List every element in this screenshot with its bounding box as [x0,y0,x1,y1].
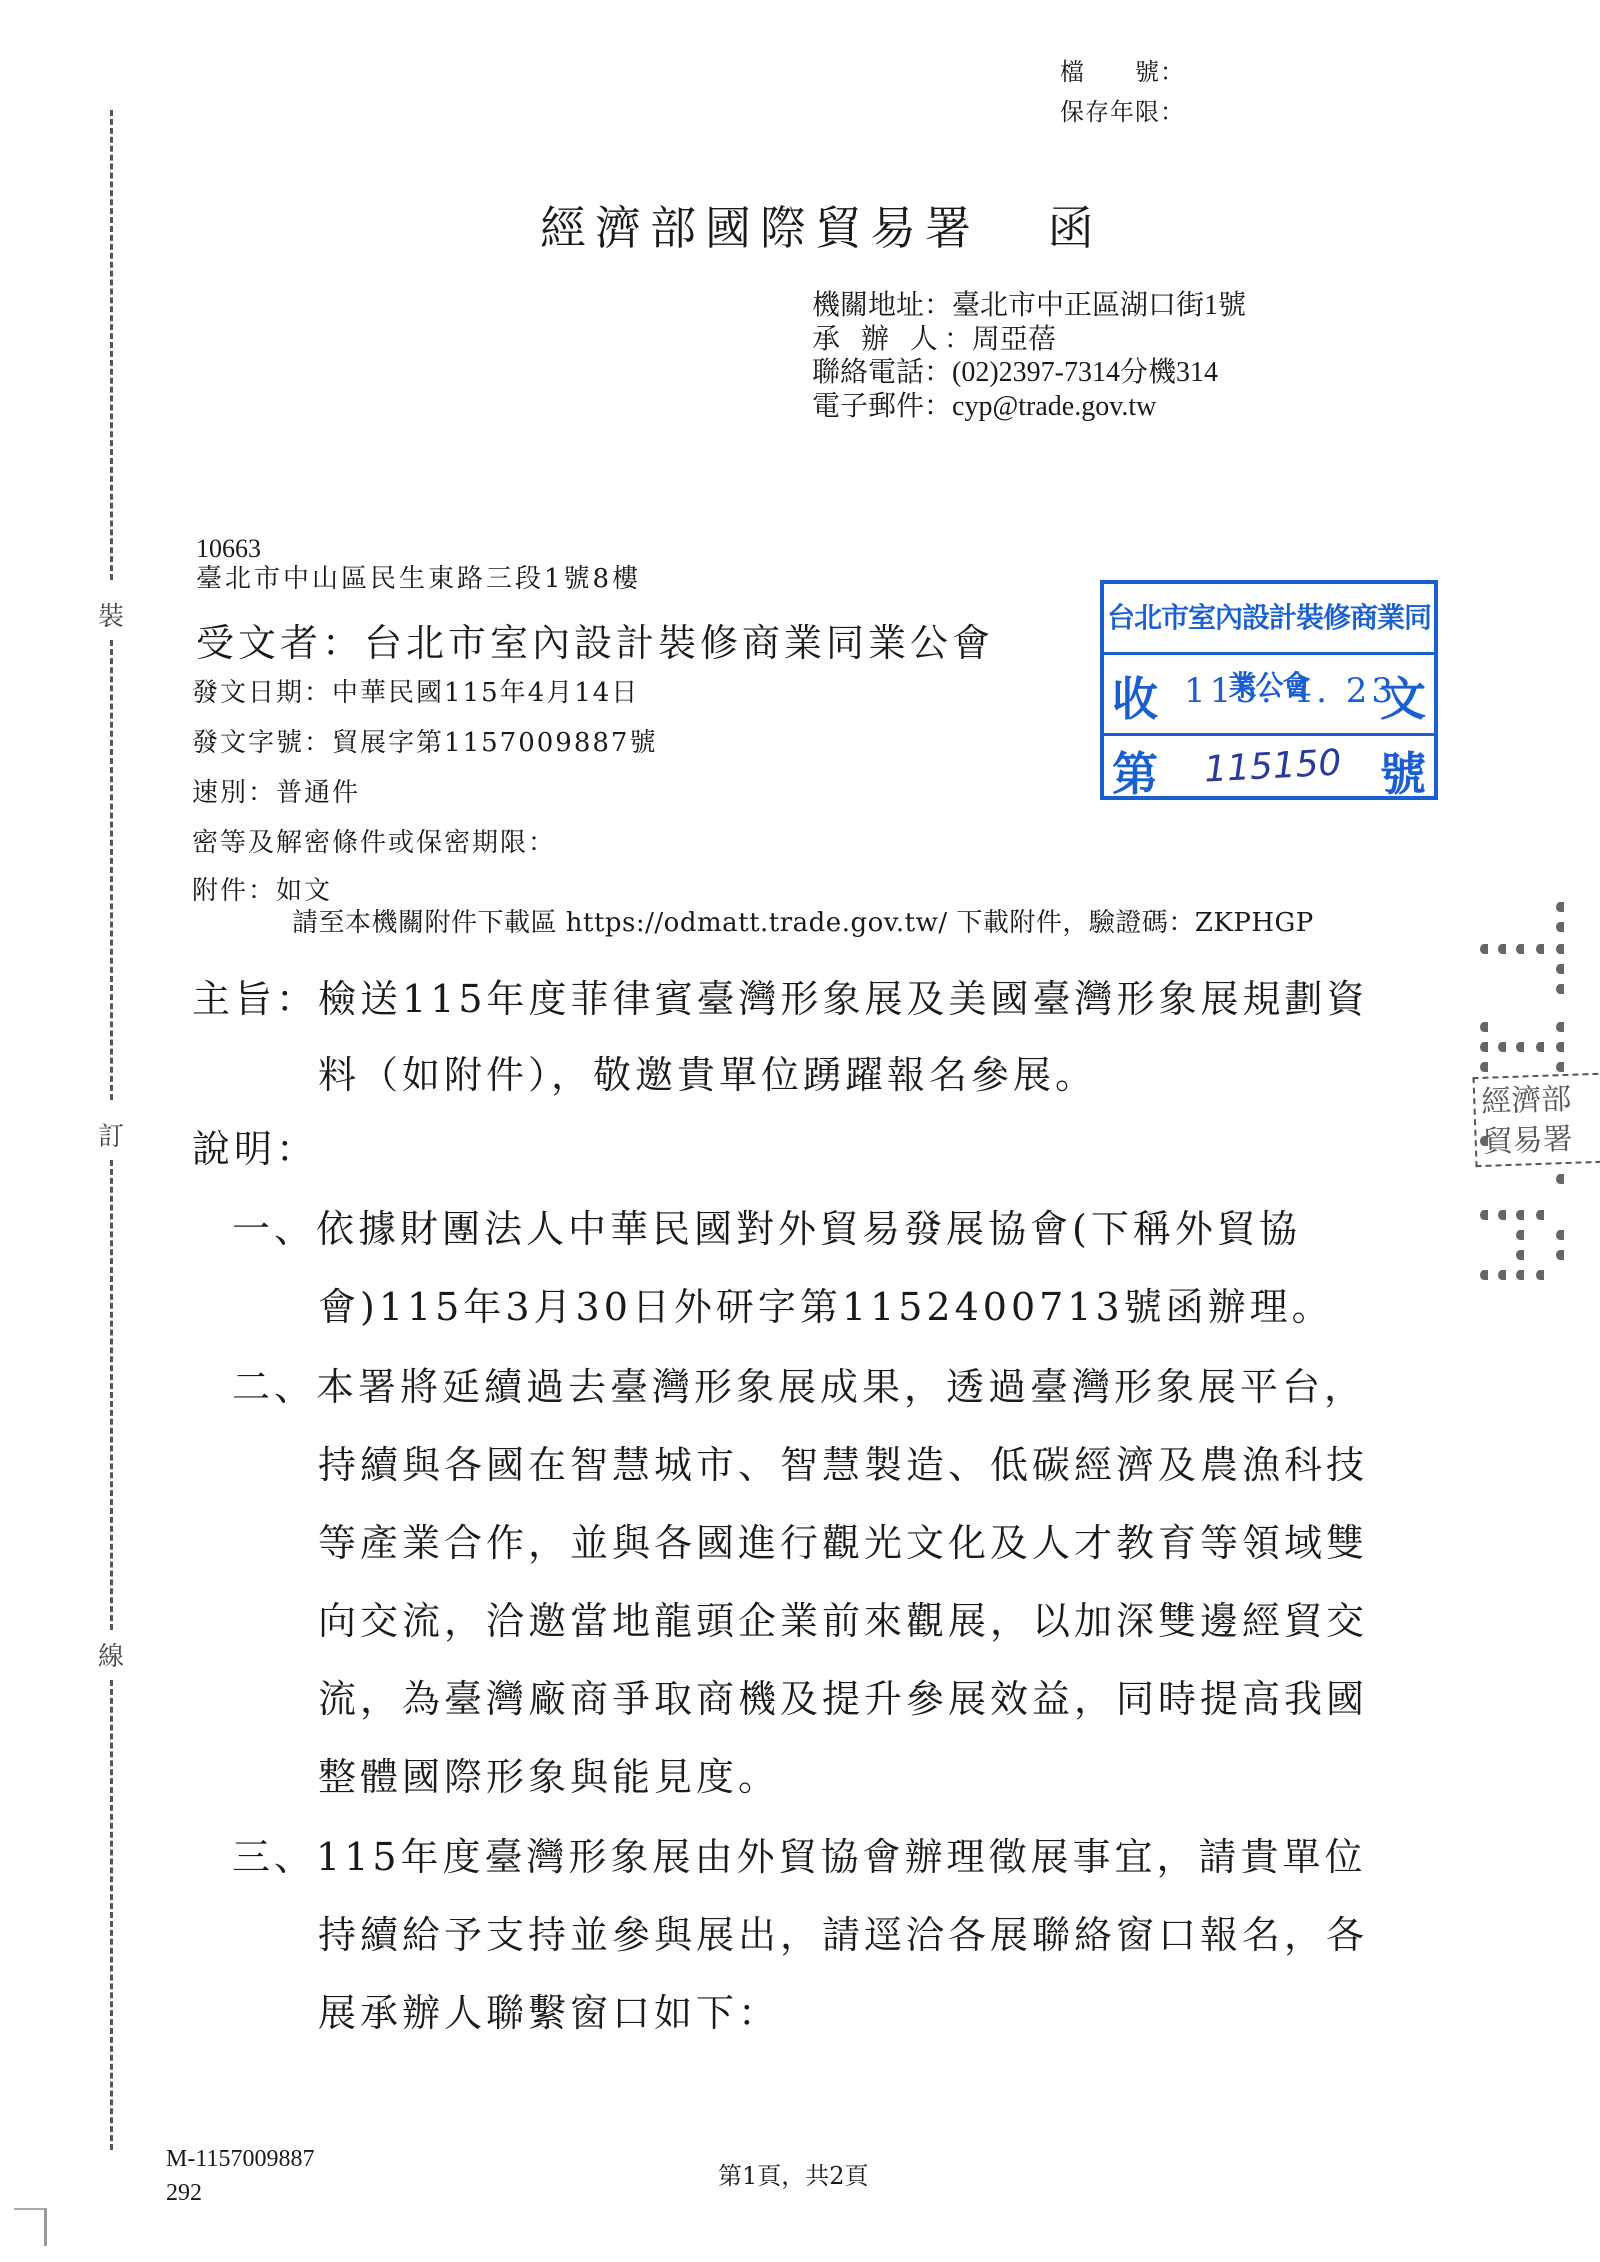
agency-name: 經濟部國際貿易署 [540,201,980,255]
contact-email-row: 電子郵件：cyp@trade.gov.tw [812,389,1246,423]
seal-line-1: 經濟部 [1481,1079,1594,1123]
item-1-marker: 一、 [232,1207,316,1251]
doc-number-value: 貿展字第1157009887號 [332,728,657,758]
retention-label: 保存年限： [1060,92,1185,132]
recipient-address: 臺北市中山區民生東路三段1號8樓 [196,564,641,594]
crop-corner-mark [14,2208,47,2246]
item-3-line-2: 持續給予支持並參與展出，請逕洽各展聯絡窗口報名，各 [318,1904,1368,1959]
stamp-number-row: 第 115150 號 [1104,736,1434,800]
explanation-label: 說明： [192,1118,318,1173]
subject-line-2: 料（如附件），敬邀貴單位踴躍報名參展。 [318,1044,1097,1099]
binding-mark-zhuang: 裝 [95,596,127,633]
subject-label: 主旨： [192,977,318,1021]
explanation-item-3: 三、115年度臺灣形象展由外貿協會辦理徵展事宜，請貴單位 [232,1826,1367,1881]
date-row: 發文日期：中華民國115年4月14日 [192,672,639,709]
attachment-note: 請至本機關附件下載區 https://odmatt.trade.gov.tw/ … [292,902,1314,939]
address-value: 臺北市中正區湖口街1號 [952,290,1246,321]
recipient-line: 受文者：台北市室內設計裝修商業同業公會 [196,612,994,667]
file-number-label: 檔 號： [1060,52,1185,92]
attachment-label: 附件 [192,876,248,906]
subject-block: 主旨：檢送115年度菲律賓臺灣形象展及美國臺灣形象展規劃資 [192,968,1369,1023]
doc-type: 函 [1048,201,1103,255]
stamp-org: 台北市室內設計裝修商業同業公會 [1104,584,1434,655]
item-2-line-1: 本署將延續過去臺灣形象展成果，透過臺灣形象展平台， [316,1365,1366,1409]
binding-mark-ding: 訂 [95,1116,127,1153]
item-1-line-1: 依據財團法人中華民國對外貿易發展協會(下稱外貿協 [316,1207,1301,1251]
stamp-num-left: 第 [1112,738,1158,804]
item-1-line-2: 會)115年3月30日外研字第1152400713號函辦理。 [318,1276,1334,1331]
binding-mark-xian: 線 [95,1636,127,1673]
page-title: 經濟部國際貿易署 函 [540,192,1103,258]
item-2-line-3: 等產業合作，並與各國進行觀光文化及人才教育等領域雙 [318,1512,1368,1567]
binding-line [110,1160,113,1630]
date-value: 中華民國115年4月14日 [332,678,639,708]
recipient-label: 受文者 [196,621,322,665]
stamp-recv-right: 文 [1380,663,1426,729]
contact-phone-row: 聯絡電話：(02)2397-7314分機314 [812,355,1246,389]
date-label: 發文日期 [192,678,304,708]
stamp-date-row: 收 115. 4. 23 文 [1104,655,1434,736]
binding-line [110,1680,113,2150]
page-indicator: 第1頁，共2頁 [718,2156,869,2191]
email-label: 電子郵件 [812,389,924,422]
item-3-line-1: 115年度臺灣形象展由外貿協會辦理徵展事宜，請貴單位 [316,1835,1367,1879]
file-meta: 檔 號： 保存年限： [1060,52,1185,132]
address-label: 機關地址 [812,288,924,321]
secrecy-label: 密等及解密條件或保密期限 [192,828,528,858]
contact-block: 機關地址：臺北市中正區湖口街1號 承 辦 人：周亞蓓 聯絡電話：(02)2397… [812,288,1246,423]
item-3-line-3: 展承辦人聯繫窗口如下： [318,1982,780,2037]
agency-seal: 經濟部 貿易署 [1472,1073,1600,1167]
recipient-name: 台北市室內設計裝修商業同業公會 [364,621,994,665]
stamp-recv-date: 115. 4. 23 [1184,671,1397,711]
footer-doc-code: M-1157009887 [166,2146,314,2173]
explanation-item-2: 二、本署將延續過去臺灣形象展成果，透過臺灣形象展平台， [232,1356,1366,1411]
email-link[interactable]: cyp@trade.gov.tw [952,391,1156,422]
doc-number-row: 發文字號：貿展字第1157009887號 [192,722,657,759]
postal-code: 10663 [196,534,261,564]
item-2-marker: 二、 [232,1365,316,1409]
attachment-download-link[interactable]: 請至本機關附件下載區 https://odmatt.trade.gov.tw/ … [292,908,1314,938]
receipt-stamp: 台北市室內設計裝修商業同業公會 收 115. 4. 23 文 第 115150 … [1100,580,1438,800]
item-2-line-5: 流，為臺灣廠商爭取商機及提升參展效益，同時提高我國 [318,1668,1368,1723]
phone-label: 聯絡電話 [812,355,924,388]
secrecy-row: 密等及解密條件或保密期限： [192,822,556,859]
speed-value: 普通件 [276,778,360,808]
item-2-line-2: 持續與各國在智慧城市、智慧製造、低碳經濟及農漁科技 [318,1434,1368,1489]
handler-label: 承 辦 人 [812,322,944,355]
binding-line [110,110,113,580]
phone-value: (02)2397-7314分機314 [952,357,1218,388]
stamp-num-right: 號 [1380,738,1426,804]
binding-line [110,640,113,1100]
stamp-num-handwritten: 115150 [1203,742,1342,790]
item-2-line-4: 向交流，洽邀當地龍頭企業前來觀展，以加深雙邊經貿交 [318,1590,1368,1645]
footer-code2: 292 [166,2180,202,2207]
handler-value: 周亞蓓 [972,322,1056,355]
speed-label: 速別 [192,778,248,808]
contact-handler-row: 承 辦 人：周亞蓓 [812,322,1246,355]
subject-line-1: 檢送115年度菲律賓臺灣形象展及美國臺灣形象展規劃資 [318,977,1369,1021]
contact-address-row: 機關地址：臺北市中正區湖口街1號 [812,288,1246,322]
item-2-line-6: 整體國際形象與能見度。 [318,1746,780,1801]
seal-line-2: 貿易署 [1482,1119,1595,1163]
speed-row: 速別：普通件 [192,772,360,809]
explanation-item-1: 一、依據財團法人中華民國對外貿易發展協會(下稱外貿協 [232,1198,1301,1253]
doc-number-label: 發文字號 [192,728,304,758]
stamp-recv-left: 收 [1112,663,1158,729]
item-3-marker: 三、 [232,1835,316,1879]
